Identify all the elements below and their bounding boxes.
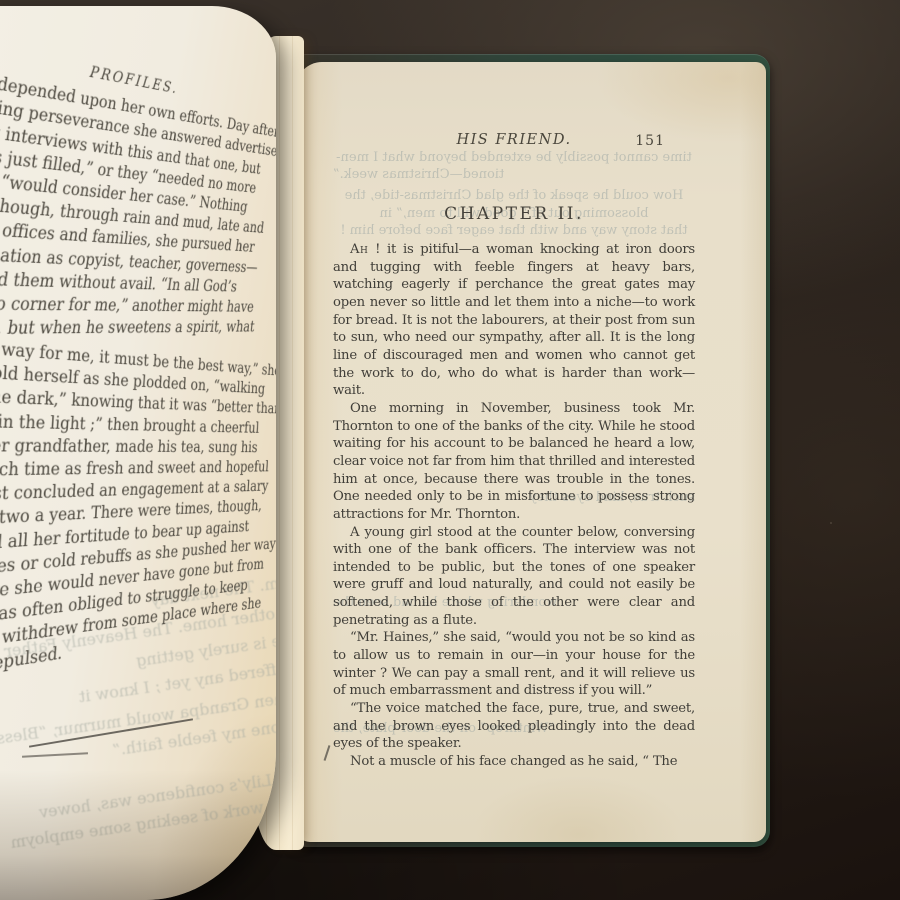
right-page-header: HIS FRIEND. 151	[333, 132, 695, 150]
bleed-through-line: that stony way and with that eager face …	[333, 223, 695, 238]
left-page-text-upper: PROFILES. g depended upon her own effort…	[0, 40, 276, 367]
body-text: Ah ! it is pitiful—a woman knocking at i…	[333, 241, 695, 771]
right-page: “Winthrop” on the door-plate, thewonderi…	[296, 62, 766, 842]
page-curl-shadow	[0, 770, 276, 900]
bleed-through-line: time cannot possibly be extended beyond …	[333, 150, 695, 165]
paragraph: Not a muscle of his face changed as he s…	[333, 753, 695, 771]
section-rule	[22, 752, 88, 757]
small-caps-lead: Ah	[350, 242, 368, 257]
page-number: 151	[635, 133, 665, 149]
bleed-through-line: Then Grandpa would murmur, “Blesse	[0, 687, 276, 748]
left-page-text-lower: s way for me, it must be the best way,” …	[0, 336, 276, 680]
stray-pen-mark	[324, 745, 331, 761]
paragraph: Ah ! it is pitiful—a woman knocking at i…	[333, 241, 695, 400]
paragraph: “The voice matched the face, pure, true,…	[333, 700, 695, 753]
bleed-through-line: How could he speak of the glad Christmas…	[333, 188, 695, 203]
bleed-through-line: tioned—Christmas week.”	[333, 167, 695, 182]
section-rule	[29, 718, 193, 747]
left-page-line: her grandfather, made his tea, sung his	[0, 433, 276, 457]
chapter-heading: CHAPTER II.	[333, 204, 695, 224]
paragraph: “Mr. Haines,” she said, “would you not b…	[333, 629, 695, 700]
left-page: him. The next dayanother home. The Heave…	[0, 6, 276, 900]
paragraph: One morning in November, business took M…	[333, 400, 695, 524]
paragraph: A young girl stood at the counter below,…	[333, 524, 695, 630]
